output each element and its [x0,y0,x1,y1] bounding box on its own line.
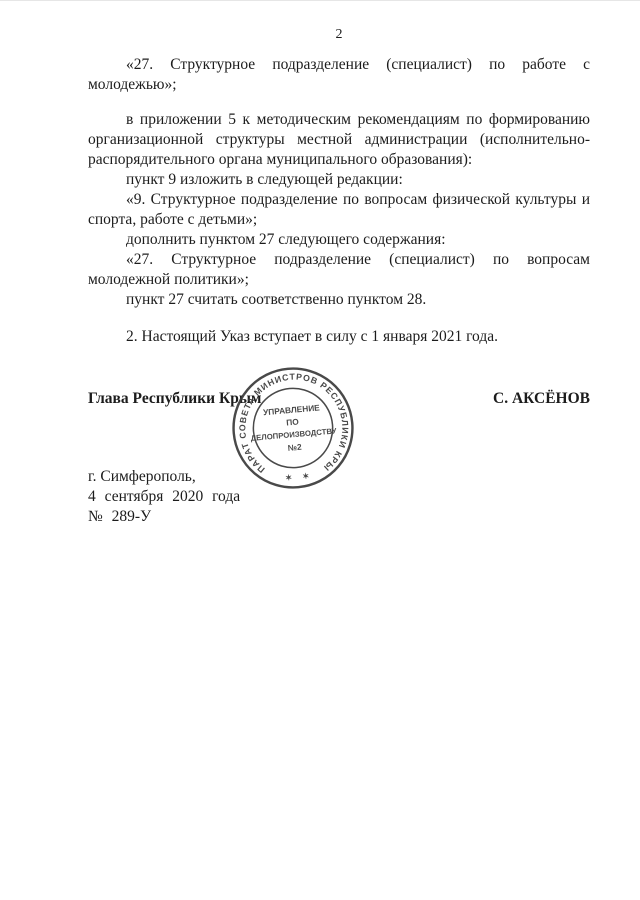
paragraph: «9. Структурное подразделение по вопроса… [88,190,590,230]
paragraph-line: 2. Настоящий Указ вступает в силу с 1 ян… [88,327,590,347]
place-date-number-block: г. Симферополь, 4 сентября 2020 года № 2… [88,467,240,527]
paragraph: дополнить пунктом 27 следующего содержан… [88,230,590,250]
document-number-line: № 289-У [88,507,240,527]
paragraph: пункт 27 считать соответственно пунктом … [88,290,590,310]
date-line: 4 сентября 2020 года [88,487,240,507]
paragraph-line: молодежью»; [88,75,590,95]
stamp-center-line-2: ПО [286,416,300,427]
paragraph-line: пункт 9 изложить в следующей редакции: [88,170,590,190]
paragraph: в приложении 5 к методическим рекомендац… [88,110,590,170]
paragraph-line: организационной структуры местной админи… [88,130,590,150]
stamp-stars: ✶ ✶ [285,471,314,482]
paragraph: 2. Настоящий Указ вступает в силу с 1 ян… [88,327,590,347]
paragraph-line: пункт 27 считать соответственно пунктом … [88,290,590,310]
paragraph: «27. Структурное подразделение (специали… [88,250,590,290]
paragraph-line: дополнить пунктом 27 следующего содержан… [88,230,590,250]
stamp-center-line-1: УПРАВЛЕНИЕ [263,402,321,417]
paragraph-line: распорядительного органа муниципального … [88,150,590,170]
official-stamp: АППАРАТ СОВЕТА МИНИСТРОВ РЕСПУБЛИКИ КРЫМ… [225,360,362,497]
paragraph: «27. Структурное подразделение (специали… [88,55,590,95]
place-line: г. Симферополь, [88,467,240,487]
paragraph-line: «9. Структурное подразделение по вопроса… [88,190,590,210]
paragraph-line: «27. Структурное подразделение (специали… [88,55,590,75]
paragraph: пункт 9 изложить в следующей редакции: [88,170,590,190]
stamp-center-line-3: ДЕЛОПРОИЗВОДСТВУ [250,426,337,442]
document-page: 2 «27. Структурное подразделение (специа… [0,0,640,900]
stamp-seal-graphic: АППАРАТ СОВЕТА МИНИСТРОВ РЕСПУБЛИКИ КРЫМ… [225,360,362,497]
page-number: 2 [88,27,590,43]
stamp-center-line-4: №2 [287,442,302,453]
paragraph-line: молодежной политики»; [88,270,590,290]
signature-name: С. АКСЁНОВ [493,390,590,408]
paragraph-line: «27. Структурное подразделение (специали… [88,250,590,270]
document-paragraphs: «27. Структурное подразделение (специали… [88,55,590,347]
paragraph-line: спорта, работе с детьми»; [88,210,590,230]
paragraph-line: в приложении 5 к методическим рекомендац… [88,110,590,130]
